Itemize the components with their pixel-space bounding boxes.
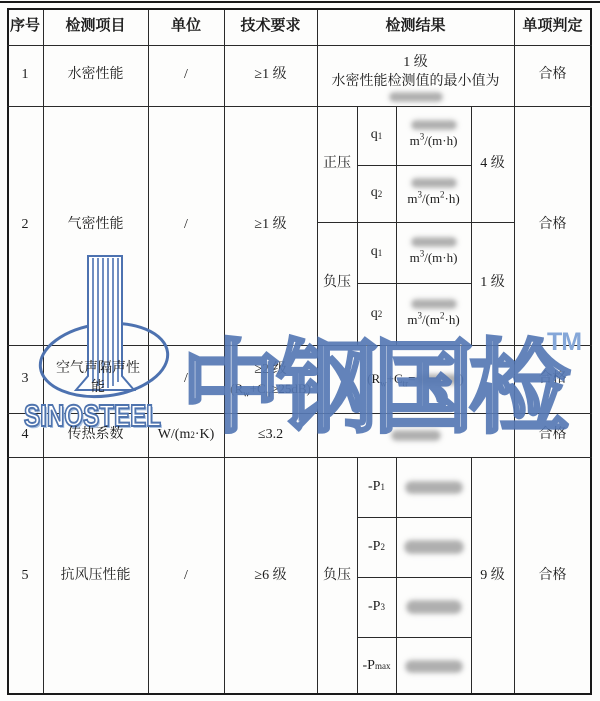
r2-unit: / xyxy=(148,106,224,345)
r2-pos-q2-value: m3/(m2·h) xyxy=(396,165,471,222)
header-item: 检测项目 xyxy=(43,8,148,45)
r2-neg-q1-label: q1 xyxy=(357,222,396,283)
r2-positive-pressure-label: 正压 xyxy=(317,106,357,222)
r5-judgment: 合格 xyxy=(514,457,591,695)
redacted-value xyxy=(406,661,462,672)
r5-p1-value xyxy=(396,457,471,517)
r1-result-grade: 1 级 xyxy=(403,54,428,73)
redacted-value xyxy=(405,541,463,553)
r2-judgment: 合格 xyxy=(514,106,591,345)
r5-unit: / xyxy=(148,457,224,695)
r5-pmax-label: -Pmax xyxy=(357,637,396,695)
r5-requirement: ≥6 级 xyxy=(224,457,317,695)
redacted-value xyxy=(406,482,462,493)
r2-pos-q1-unit: m3/(m·h) xyxy=(410,132,458,150)
page-top-rule xyxy=(0,1,600,3)
header-index: 序号 xyxy=(7,8,43,45)
r2-negative-pressure-label: 负压 xyxy=(317,222,357,345)
test-report-table-page: SINOSTEEL 中钢国检 TM 序号 检测项目 单位 技术要求 检测结果 单… xyxy=(0,0,600,701)
redacted-value xyxy=(412,300,456,308)
r1-judgment: 合格 xyxy=(514,45,591,106)
r5-p1-label: -P1 xyxy=(357,457,396,517)
r1-index: 1 xyxy=(7,45,43,106)
r4-item: 传热系数 xyxy=(43,413,148,457)
r2-requirement: ≥1 级 xyxy=(224,106,317,345)
r1-result-desc: 水密性能检测值的最小值为 xyxy=(332,73,500,92)
r2-neg-q1-value: m3/(m·h) xyxy=(396,222,471,283)
r1-result: 1 级 水密性能检测值的最小值为 xyxy=(317,45,514,108)
r1-item: 水密性能 xyxy=(43,45,148,106)
r2-negative-grade: 1 级 xyxy=(471,222,514,345)
r4-index: 4 xyxy=(7,413,43,457)
header-unit: 单位 xyxy=(148,8,224,45)
r2-positive-grade: 4 级 xyxy=(471,106,514,222)
r4-result xyxy=(317,413,514,457)
redacted-value xyxy=(412,121,456,129)
redacted-value xyxy=(390,93,442,101)
redacted-value xyxy=(412,238,456,246)
r2-pos-q2-unit: m3/(m2·h) xyxy=(407,190,459,208)
trademark-symbol: TM xyxy=(547,328,581,357)
redacted-value xyxy=(392,431,440,440)
r2-pos-q1-value: m3/(m·h) xyxy=(396,106,471,165)
r2-neg-q2-value: m3/(m2·h) xyxy=(396,283,471,345)
r5-grade: 9 级 xyxy=(471,457,514,695)
r2-pos-q2-label: q2 xyxy=(357,165,396,222)
r2-neg-q2-unit: m3/(m2·h) xyxy=(407,311,459,329)
r5-p2-value xyxy=(396,517,471,577)
r5-p3-value xyxy=(396,577,471,637)
r1-requirement: ≥1 级 xyxy=(224,45,317,106)
r2-index: 2 xyxy=(7,106,43,345)
header-result: 检测结果 xyxy=(317,8,514,45)
r2-pos-q1-label: q1 xyxy=(357,106,396,165)
r5-item: 抗风压性能 xyxy=(43,457,148,695)
r2-item: 气密性能 xyxy=(43,106,148,345)
r3-item: 空气声隔声性能 xyxy=(53,345,143,413)
r5-p3-label: -P3 xyxy=(357,577,396,637)
redacted-value xyxy=(412,179,456,187)
r5-negative-pressure-label: 负压 xyxy=(317,457,357,695)
header-judgment: 单项判定 xyxy=(514,8,591,45)
r5-p2-label: -P2 xyxy=(357,517,396,577)
r5-index: 5 xyxy=(7,457,43,695)
redacted-value xyxy=(407,601,461,613)
r1-unit: / xyxy=(148,45,224,106)
r2-neg-q1-unit: m3/(m·h) xyxy=(410,249,458,267)
r3-index: 3 xyxy=(7,345,43,413)
header-requirement: 技术要求 xyxy=(224,8,317,45)
r5-pmax-value xyxy=(396,637,471,695)
